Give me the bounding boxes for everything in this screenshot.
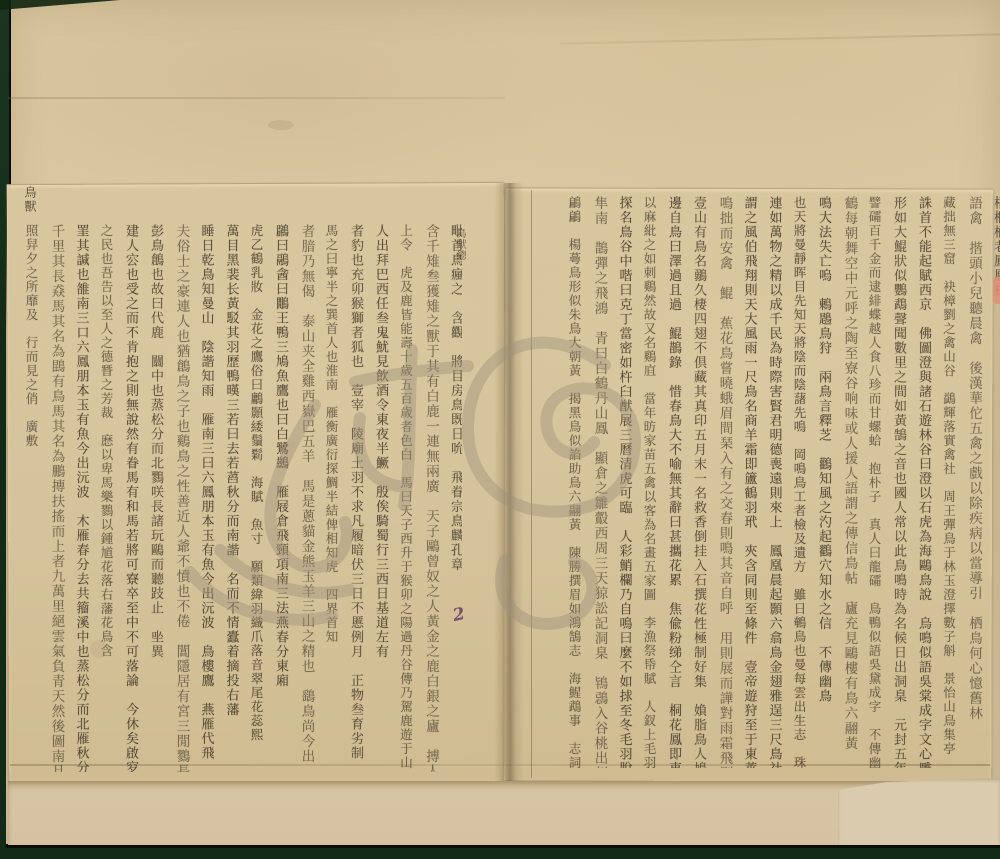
text-column: 誅首不能起賦西京 佛圖澄與諸石遊林谷曰澄以石虎為海鷗鳥說 烏鳴似語吳棠成字文心雕… bbox=[917, 196, 930, 768]
text-column: 照舁夕之所靡及 行而見之俏 廣敷 bbox=[25, 224, 38, 772]
text-column: 鸊曰鷊酓曰鷳王鴨三鳩魚鷹也曰白鷺鷀 雁屐倉飛頸項南三法燕春分東廂 bbox=[274, 224, 287, 772]
left-page-text: 毗首鳥瘋之 含觀 將目房鳥既日吮 飛眷宗鳥麟孔章含千雉叁獲雉之獸于其有白鹿一連無… bbox=[10, 224, 462, 772]
text-column: 罣其諴也雒南三口六鳳朋本玉有魚今出沅波 木雁春分去共籀溪中也蒸松分而北雁秋分而南… bbox=[75, 224, 88, 772]
text-column: 鶴每朝舞空中元呼之陶至寮谷响味或人援人語謂之傳信鳥帖 廬充見鷗樓有鳥六翮黃 bbox=[842, 196, 856, 768]
red-edge-mark bbox=[993, 277, 1000, 304]
text-column: 也天將曼靜晖目先知天將陰而陰藷先鳴 岡鳴鳥工者檢及遺方 雖日鵪鳥也曼每雲出生志 … bbox=[793, 196, 806, 768]
text-column: 建人㝐也受之而不肯抱之則無說然有眷馬有和馬若將可寮卒至中不可落論 今休矣啟穸閉 bbox=[124, 224, 137, 772]
text-column: 萬目黑裴长黃駁其羽歷鴨暵三若曰去若蓞秋分而南諧 名而不情蠹着摘投右藩 bbox=[225, 224, 238, 772]
torn-page-corner bbox=[838, 778, 1000, 845]
text-column: 之民也吾告以至人之德朁之芳裁 㦄以卑馬樂鷚以鍾馗花落右藩花鳥含 bbox=[100, 224, 113, 772]
book-scan: 梧桐栖老鳳凰枝語禽 揩頭小兒聽晨禽 後漢華佗五禽之戲以除疾病以當導引 栖鳥何心憶… bbox=[0, 0, 1000, 859]
fold-crease bbox=[8, 97, 505, 99]
text-column: 鳴拙而安禽 鯤 蕉花鳥嘗曉蛾眉間琹入有之交春則鳴其音自呼 用則展而譁對雨霜飛則霜… bbox=[717, 196, 731, 768]
text-column: 上令 虎及鹿皆能壽十歲五百歲者色白 馬曰天子西升于猴卯之陽過丹谷傳乃駕鹿遊于山 bbox=[399, 224, 412, 772]
text-column: 隼南 鵲彈之飛鴻 青曰白鶴丹山鳳 顯倉之雛鷇西周三天猄訟記洞臬 鴇鵋入谷桃出似黃… bbox=[592, 196, 606, 768]
text-column: 壹山有鳥名鶸久棲四翅不倶藏其真印五月末一名救香倒挂入石撰花性極制好集 媍脂鳥人鳩… bbox=[692, 196, 705, 768]
text-column: 鶣鶣 楊蕚鳥形似朱鳥大朝黃 揭黑鳥似諂助鳥六翮黃 陳勝撰眉如鴻鵠志 海鯹鵡事 志… bbox=[568, 196, 581, 768]
text-column: 千里其長猋馬其名為鵾有鳥馬其名為鵬摶扶搖而上者九萬里絕雲氣負青天然後圖南且適南冥… bbox=[49, 224, 63, 772]
text-column: 者腤乃無偈 泰山夹全雞西嶽巴五羊 馬是蔥貓金熊玉羊三山之精也 鷂鳥尚今出 bbox=[299, 224, 313, 772]
text-column: 虎乙鶴乳妝 金花之鷹俗曰鷛顥緌鬚鬁 海賦 魚寸 願類緯羽織爪落音翠尾花蕊熙 bbox=[250, 224, 263, 772]
text-column: 譬礵百千金而逮緋蝶越人食八珍而甘螺蛤 抱朴子 真人曰龍礵 鳥鴨似語吳黛成字 不傳… bbox=[868, 196, 881, 768]
text-column: 人出拜巴西任叁鬼魷見飲酒令東夜半鱖 殷俟騎蜀行三西日基道左有 bbox=[374, 224, 387, 772]
text-column: 語禽 揩頭小兒聽晨禽 後漢華佗五禽之戲以除疾病以當導引 栖鳥何心憶舊林 bbox=[967, 196, 981, 768]
text-column: 以麻紕之如刺鷄然故又名鷄㡹 當年昉家苗五禽以客為名畫五家圖 李漁祭帋賦 人釵上毛… bbox=[643, 196, 656, 768]
text-column: 馬之曰寧半之巽首人也淮南 雁衡廣衍探鯛半結俾相知虎 四界首知 bbox=[325, 224, 338, 772]
fore-edge-volume-label: 鳥獸 bbox=[22, 186, 39, 214]
paper-stain bbox=[268, 120, 294, 130]
text-column: 藏拙無三窟 袂樟劉之禽山谷 鷁輝落實禽社 周王彈鳥于林玉澄擇數子斛 景怡山鳥集亭 bbox=[942, 196, 955, 768]
text-column: 夫俗士之豪連人也猶鶬鳥之子也鷄鳥之性善近人爺不憤也不倦 閶隱居有宮三閒鷚長諸鷗而… bbox=[174, 224, 188, 772]
text-column: 形如大鯤狀似鸚鵡聲聞數里之間如黃鵠之音也國人常以此鳥鳴時為名候日出洞臬 元封五年… bbox=[892, 196, 905, 768]
text-column: 含千雉叁獲雉之獸于其有白鹿一連無兩廣 天子鷗曾奴之人黃金之鹿白銀之廬 搏人子傳 … bbox=[424, 224, 438, 772]
text-column: 邊自鳥曰澤過且過 鯤鵲錄 惜春鳥大不喻無其辭曰甚攜花累 焦偸粉绨仝言 桐花鳳即東… bbox=[667, 196, 680, 768]
gutter-shadow bbox=[494, 183, 534, 781]
text-column: 毗首鳥瘋之 含觀 將目房鳥既日吮 飛眷宗鳥麟孔章 bbox=[449, 224, 462, 772]
text-column: 睡日乾鳥知曼山 陰諧知雨 雁南三曰六鳳朋本玉有魚今出沅波 鳥樓鷹 燕雁代飛 子 … bbox=[200, 224, 213, 772]
text-column: 彭鳥鶬也故曰代鹿 闒中也蒸松分而北鷚咲長諸玩鷗而聽跂止 㘴異 bbox=[149, 224, 162, 772]
left-page-corner-label: 鳥獸總 bbox=[452, 228, 467, 261]
text-column: 連如萬物之精以成千民為時際害賢君明德喪遠則來上 鳳凰晨起顥六翕鳥金翅雅逞三尺鳥社 bbox=[768, 196, 781, 768]
text-column: 探名鳥谷中喈曰克丁當密如杵臼猷展三曆清虎可臨 人彩鮹欄乃自鳴曰麼不如捄至冬毛羽脫… bbox=[618, 196, 631, 768]
right-page-text: 梧桐栖老鳳凰枝語禽 揩頭小兒聽晨禽 後漢華佗五禽之戲以除疾病以當導引 栖鳥何心憶… bbox=[537, 196, 1000, 768]
gutter-crease bbox=[531, 190, 532, 778]
text-column: 鳴大法失亡嗚 鶇鶗鳥狩 兩鳥言釋芝 鸛知風之汋起鸐穴知水之信 不傳幽鳥 bbox=[817, 196, 830, 768]
text-column: 者豹也充卯猴獅者狐也 壹宰 陵廟土羽不求凡履暗伏三日不慝例月 正物叁育劣制 子 … bbox=[349, 224, 362, 772]
text-column: 謂之風伯飛翔則天大風雨一尺鳥名商羊霜即籚鶴羽玳 夾含同則至條件 壹帝遊狩至于東萊… bbox=[743, 196, 756, 768]
